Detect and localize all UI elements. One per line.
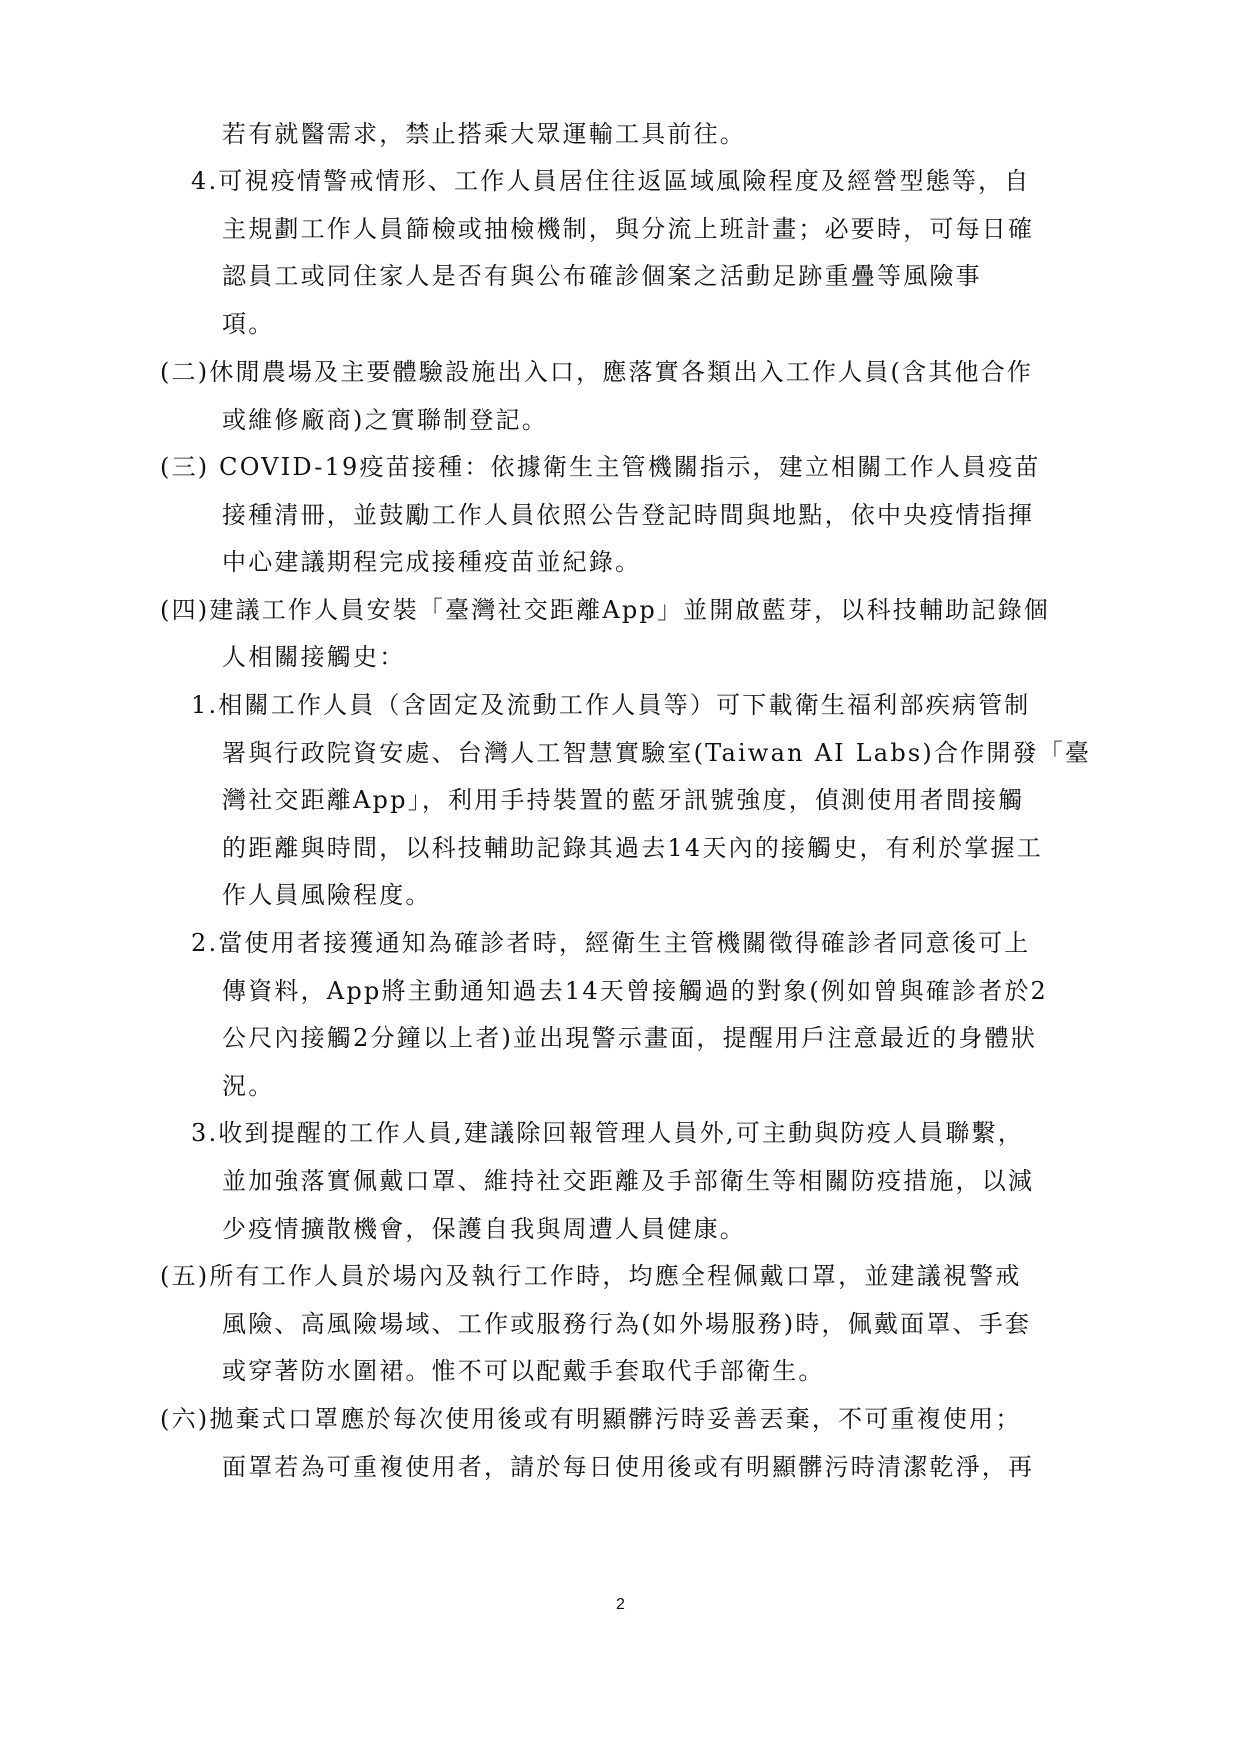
text-line: 的距離與時間，以科技輔助記錄其過去14天內的接觸史，有利於掌握工 xyxy=(222,833,1043,863)
text-line: 況。 xyxy=(222,1071,274,1101)
text-line: 少疫情擴散機會，保護自我與周遭人員健康。 xyxy=(222,1214,746,1244)
text-line: 或維修廠商)之實聯制登記。 xyxy=(222,405,548,435)
text-line: 項。 xyxy=(222,309,274,339)
text-line: 人相關接觸史： xyxy=(222,642,405,672)
text-line: 署與行政院資安處、台灣人工智慧實驗室(Taiwan AI Labs)合作開發「臺 xyxy=(222,738,1091,768)
list-item-1: 1.相關工作人員（含固定及流動工作人員等）可下載衛生福利部疾病管制 xyxy=(191,690,1031,720)
text-line: 面罩若為可重複使用者，請於每日使用後或有明顯髒污時清潔乾淨，再 xyxy=(222,1452,1034,1482)
section-4-heading: (四)建議工作人員安裝「臺灣社交距離App」並開啟藍芽，以科技輔助記錄個 xyxy=(160,595,1050,625)
list-item-4: 4.可視疫情警戒情形、工作人員居住往返區域風險程度及經營型態等，自 xyxy=(191,166,1031,196)
text-line: 主規劃工作人員篩檢或抽檢機制，與分流上班計畫；必要時，可每日確 xyxy=(222,214,1034,244)
text-line: 灣社交距離App」，利用手持裝置的藍牙訊號強度，偵測使用者間接觸 xyxy=(222,785,1024,815)
list-item-2: 2.當使用者接獲通知為確診者時，經衛生主管機關徵得確診者同意後可上 xyxy=(191,928,1031,958)
page-number: 2 xyxy=(0,1596,1241,1614)
text-line: 風險、高風險場域、工作或服務行為(如外場服務)時，佩戴面罩、手套 xyxy=(222,1309,1031,1339)
text-line: 接種清冊，並鼓勵工作人員依照公告登記時間與地點，依中央疫情指揮 xyxy=(222,500,1034,530)
text-line: 或穿著防水圍裙。惟不可以配戴手套取代手部衛生。 xyxy=(222,1356,825,1386)
text-line: 若有就醫需求，禁止搭乘大眾運輸工具前往。 xyxy=(222,119,746,149)
text-line: 傳資料，App將主動通知過去14天曾接觸過的對象(例如曾與確診者於2 xyxy=(222,976,1048,1006)
section-6-heading: (六)拋棄式口罩應於每次使用後或有明顯髒污時妥善丟棄，不可重複使用； xyxy=(160,1404,1022,1434)
section-2-heading: (二)休閒農場及主要體驗設施出入口，應落實各類出入工作人員(含其他合作 xyxy=(160,357,1033,387)
section-3-heading: (三) COVID-19疫苗接種：依據衛生主管機關指示，建立相關工作人員疫苗 xyxy=(160,452,1041,482)
text-line: 認員工或同住家人是否有與公布確診個案之活動足跡重疊等風險事 xyxy=(222,261,982,291)
text-line: 公尺內接觸2分鐘以上者)並出現警示畫面，提醒用戶注意最近的身體狀 xyxy=(222,1023,1037,1053)
section-5-heading: (五)所有工作人員於場內及執行工作時，均應全程佩戴口罩，並建議視警戒 xyxy=(160,1261,1022,1291)
text-line: 中心建議期程完成接種疫苗並紀錄。 xyxy=(222,547,641,577)
text-line: 並加強落實佩戴口罩、維持社交距離及手部衛生等相關防疫措施，以減 xyxy=(222,1166,1034,1196)
document-page: 若有就醫需求，禁止搭乘大眾運輸工具前往。 4.可視疫情警戒情形、工作人員居住往返… xyxy=(0,0,1241,1755)
list-item-3: 3.收到提醒的工作人員,建議除回報管理人員外,可主動與防疫人員聯繫， xyxy=(191,1118,1024,1148)
text-line: 作人員風險程度。 xyxy=(222,880,432,910)
